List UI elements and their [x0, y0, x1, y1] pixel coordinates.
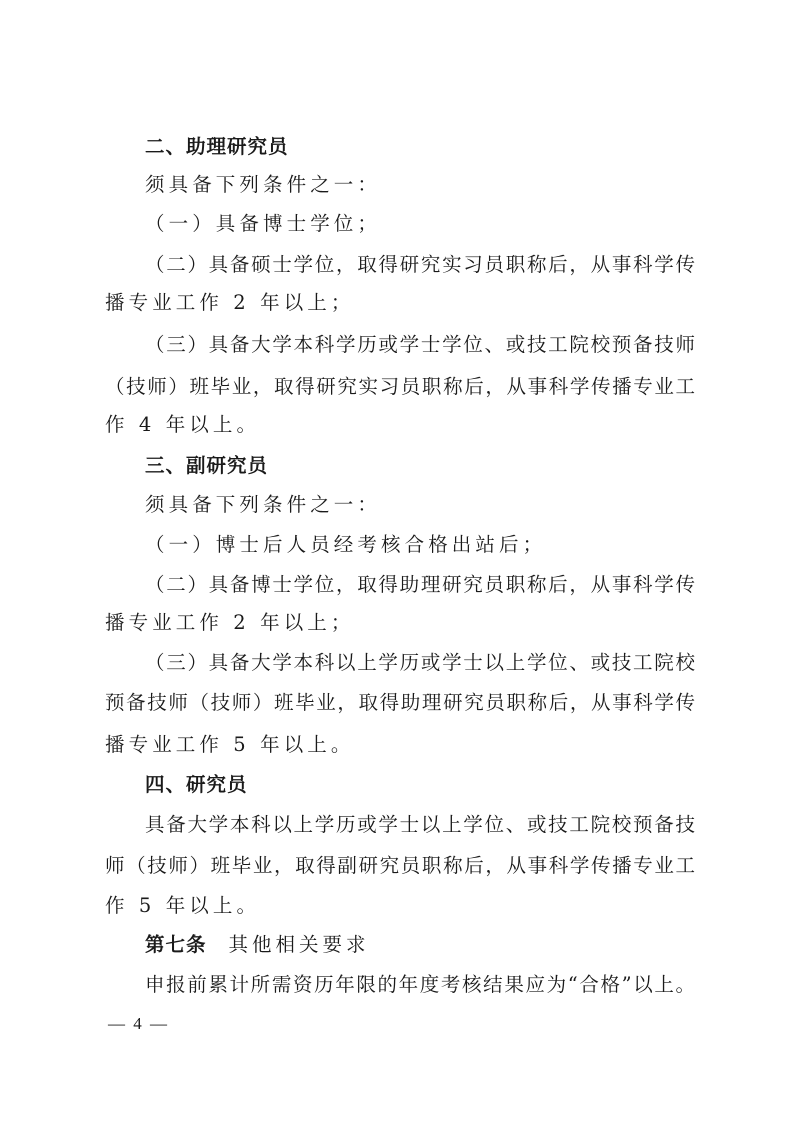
condition-item: （二）具备硕士学位，取得研究实习员职称后，从事科学传 — [145, 250, 695, 280]
section-paragraph-cont: 作 5 年以上。 — [105, 891, 695, 921]
document-page: 二、助理研究员 须具备下列条件之一： （一）具备博士学位； （二）具备硕士学位，… — [0, 0, 793, 1122]
condition-item: （三）具备大学本科以上学历或学士以上学位、或技工院校 — [145, 648, 695, 678]
section-heading-associate-researcher: 三、副研究员 — [145, 451, 695, 481]
section-heading-researcher: 四、研究员 — [145, 770, 695, 800]
condition-item-cont: （技师）班毕业，取得研究实习员职称后，从事科学传播专业工 — [105, 372, 695, 402]
condition-item: （三）具备大学本科学历或学士学位、或技工院校预备技师 — [145, 330, 695, 360]
section-paragraph: 具备大学本科以上学历或学士以上学位、或技工院校预备技 — [145, 810, 695, 840]
condition-item: （二）具备博士学位，取得助理研究员职称后，从事科学传 — [145, 570, 695, 600]
condition-item: （一）具备博士学位； — [145, 209, 695, 239]
article-heading: 第七条其他相关要求 — [145, 930, 695, 960]
condition-item-cont: 播专业工作 2 年以上； — [105, 288, 695, 318]
page-number: — 4 — — [108, 1014, 169, 1034]
condition-item: （一）博士后人员经考核合格出站后； — [145, 530, 695, 560]
article-title: 其他相关要求 — [229, 933, 370, 956]
condition-item-cont: 预备技师（技师）班毕业，取得助理研究员职称后，从事科学传 — [105, 688, 695, 718]
condition-item-cont: 播专业工作 2 年以上； — [105, 608, 695, 638]
article-label: 第七条 — [145, 933, 207, 956]
section-intro: 须具备下列条件之一： — [145, 170, 695, 200]
section-paragraph-cont: 师（技师）班毕业，取得副研究员职称后，从事科学传播专业工 — [105, 851, 695, 881]
article-text: 申报前累计所需资历年限的年度考核结果应为“合格”以上。 — [145, 970, 695, 1000]
condition-item-cont: 作 4 年以上。 — [105, 410, 695, 440]
condition-item-cont: 播专业工作 5 年以上。 — [105, 730, 695, 760]
section-intro: 须具备下列条件之一： — [145, 490, 695, 520]
section-heading-assistant-researcher: 二、助理研究员 — [145, 132, 695, 162]
